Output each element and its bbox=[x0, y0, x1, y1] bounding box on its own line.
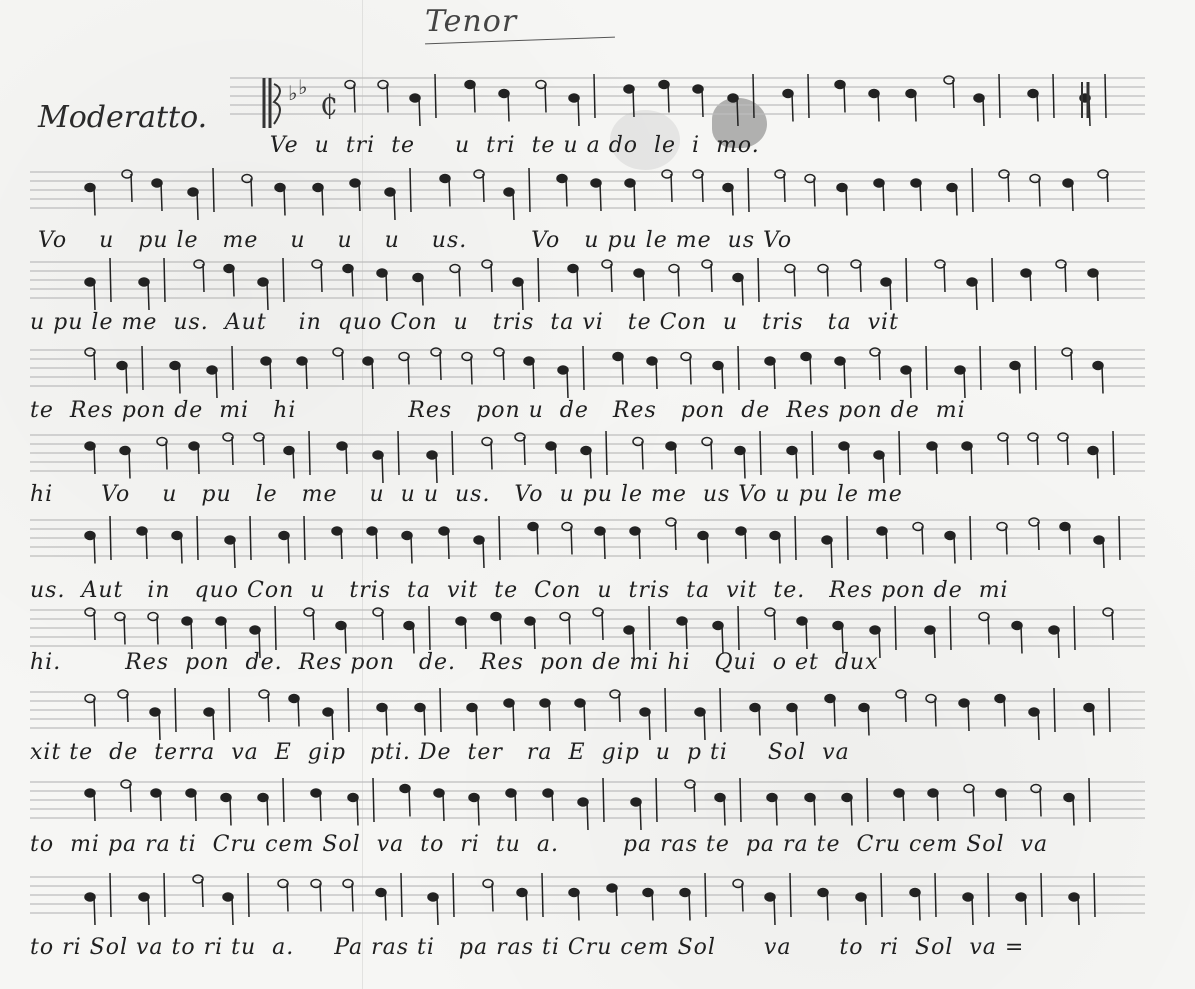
lyric-line: us. Aut in quo Con u tris ta vit te Con … bbox=[30, 578, 1160, 603]
lyric-line: hi. Res pon de. Res pon de. Res pon de m… bbox=[30, 650, 1160, 675]
lyric-line: Ve u tri te u tri te u a do le i mo. bbox=[30, 133, 1160, 158]
lyric-line: to ri Sol va to ri tu a. Pa ras ti pa ra… bbox=[30, 935, 1160, 960]
lyric-line: xit te de terra va E gip pti. De ter ra … bbox=[30, 740, 1160, 765]
lyric-line: hi Vo u pu le me u u u us. Vo u pu le me… bbox=[30, 482, 1160, 507]
lyric-line: te Res pon de mi hi Res pon u de Res pon… bbox=[30, 398, 1160, 423]
flat-icon: ♭ bbox=[288, 81, 297, 105]
cut-time-icon: ₵ bbox=[320, 89, 338, 122]
lyric-line: Vo u pu le me u u u us. Vo u pu le me us… bbox=[30, 228, 1160, 253]
c-clef-icon bbox=[264, 78, 280, 128]
lyric-line: to mi pa ra ti Cru cem Sol va to ri tu a… bbox=[30, 832, 1160, 857]
lyric-line: u pu le me us. Aut in quo Con u tris ta … bbox=[30, 310, 1160, 335]
flat-icon: ♭ bbox=[298, 75, 307, 99]
